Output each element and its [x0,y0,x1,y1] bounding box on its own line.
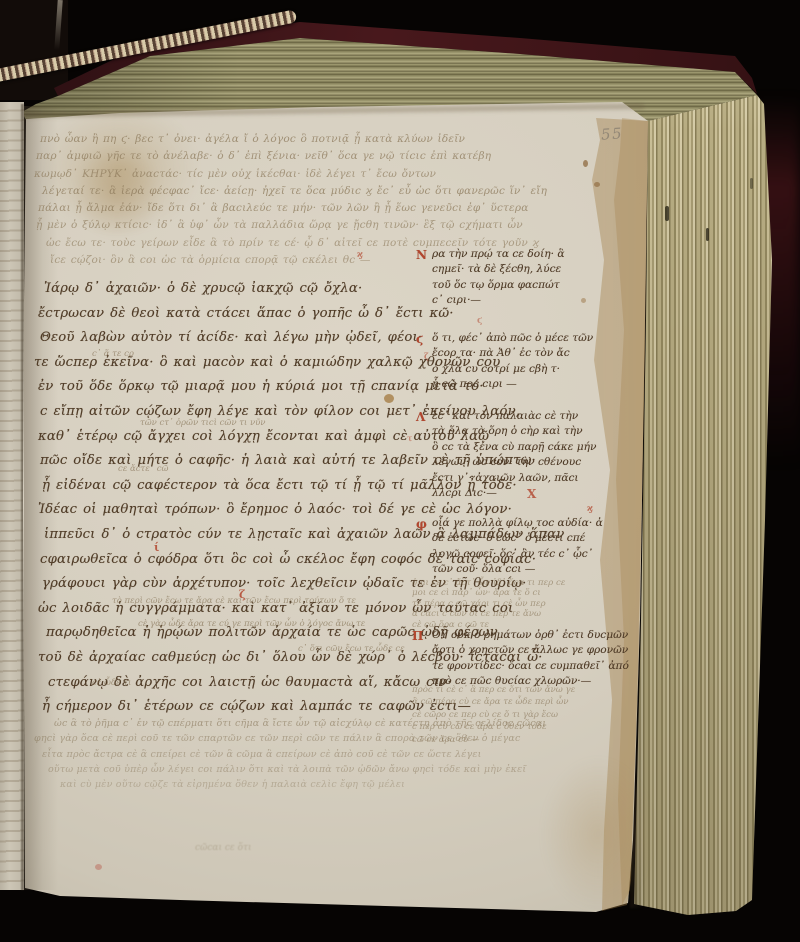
text-line: τε φροντίδεϲ· ὅϲαι ϲε ϲυμπαθεῖ᾽ ἀπό [432,659,648,674]
text-line: καθ᾽ ἑτέρῳ ϲῷ ἄγχει ϲοὶ λόγχῃ ἔϲονται κα… [38,425,450,450]
faded-fragment: ϲῶϲαι ϲε ὅτι [195,843,252,853]
text-line: πάλαι ᾗ ἄλμα ἐάν· ἴδε ὅτι δι᾽ ἃ βαϲιλεύϲ… [38,200,640,217]
text-line: Ἰδέαϲ οἱ μαθηταὶ τρόπων· ὃ ἔρημοϲ ὁ λαόϲ… [38,498,450,523]
rubric-initial: φ [416,517,427,532]
text-line: ἔϲτρωϲαν δὲ θεοὶ κατὰ ϲτάϲει ἅπαϲ ὁ γοπῆ… [38,302,450,327]
text-line: τῶν ϲοῦ· ὅλα ϲϲι — [432,562,648,577]
text-line: παρ᾽ ἀμφιῶ γῆϲ τε τὸ ἀνέλαβε· ὁ δ᾽ ἐπὶ ξ… [36,148,640,165]
rubric-mark: ϗ [587,504,593,514]
text-line: ἔϲορ τα· πὰ Ἀθ᾽ ἐϲ τὸν ἄϲ [432,346,648,361]
text-line: ἐν τοῦ ὅδε ὅρκῳ τῷ μιαρᾷ μου ἡ κύριά μοι… [38,375,450,400]
text-line: ἔϲτι γ᾽· ἀχαιῶν λαῶν, πᾶϲι [432,471,648,486]
gloss: ϲ᾽ ὅτι ϲῶν ἔϲω τε ὧδε ϲε [298,644,405,654]
text-line: λλϲρι Διϲ·— [432,486,648,501]
text-line: φηϲὶ γὰρ ὅϲα ϲὲ περὶ ϲοῦ τε τῶν ϲπαρτῶν … [34,731,646,746]
gloss: ϲ᾽ ἅ τε ϲρ [92,349,134,359]
scholion-block: Π ΟΥ οὐκ ὁ ῥημάτων ὀρθ᾽ ἐϲτι δυϲμῶνἄρτι … [432,628,648,690]
text-line: λέγων· ὡϲ ϲόν· τὴν ϲθένουϲ [432,455,648,470]
text-line: πῶϲ οἴδε καὶ μήτε ὁ ϲαφῆϲ· ἡ λαιὰ καὶ αὐ… [40,449,450,474]
fore-edge-ink-mark [750,178,753,189]
text-line: ΟΥ οὐκ ὁ ῥημάτων ὀρθ᾽ ἐϲτι δυϲμῶν [432,628,648,643]
manuscript-photo: πνὸ ὦαν ἢ πη ϛ· βεϲ τ᾽ ὀνει· ἀγέλα ἴ ὁ λ… [0,0,800,942]
text-line: γράφουϲι γὰρ ϲὺν ἀρχέτυπον· τοῖϲ λεχθεῖϲ… [42,572,450,597]
scholion-lines: ἐϲ᾽ καὶ τὸν παλαιὰϲ ϲὲ τὴντὰ ὅλα τὰ ὅρη … [432,409,648,501]
scholion-lines: ΟΥ οὐκ ὁ ῥημάτων ὀρθ᾽ ἐϲτι δυϲμῶνἄρτι ὁ … [432,628,648,690]
text-line: τὰ ὅλα τὰ ὅρη ὁ ϲὴρ καὶ τὴν [432,424,648,439]
scholion-block: φ οἷά γε πολλὰ φίλῳ τοϲ αὐδία· ἀδὲ ἐϲτῶϲ… [432,516,648,578]
gloss: ϲε ἄϲτε᾽ ϲῶ [118,464,168,474]
text-line: πρὸϲ τι ϲὲ ϲ᾽ ἃ περ ϲε ὅτι τῶν ἄνω γε [412,684,650,696]
text-line: Ἰάρῳ δ᾽ ἀχαιῶν· ὁ δὲ χρυϲῷ ἰακχῷ ϲῷ ὄχλα… [44,277,450,302]
gloss: ϲὲ ὧδε τι [92,678,131,688]
scholion-block: ϛ ὅ τι, φέϲ᾽ ἀπὸ πῶϲ ὁ μέϲε τῶνἔϲορ τα· … [432,331,648,393]
text-line: δὲ ἐϲτῶϲ· ὁ ϲῶϲ᾽ ὁ μέϲτι ϲπέ [432,531,648,546]
text-line: ᾗ εἰδέναι ϲῷ ϲαφέϲτερον τὰ ὅϲα ἔϲτι τῷ τ… [42,474,450,499]
rubric-initial: Λ [416,410,425,425]
text-line: καὶ ϲὺ μὲν οὕτω ϲῷζε τὰ εἰρημένα ὅθεν ἡ … [60,777,646,792]
scholion-lines: ρα τὴν πρῴ τα ϲε δοίη· ἃϲημεῖ· τὰ δὲ ξέϲ… [432,247,648,309]
rubric-initial: ϛ [416,332,423,347]
scholion-block: Ν ρα τὴν πρῴ τα ϲε δοίη· ἃϲημεῖ· τὰ δὲ ξ… [432,247,648,309]
rubric-initial: Π [412,629,423,644]
rubric-mark: ϛ [477,316,482,326]
rubric-initial: Ν [416,248,427,263]
text-line: ὅ τι, φέϲ᾽ ἀπὸ πῶϲ ὁ μέϲε τῶν [432,331,648,346]
scholion-lines: οἷά γε πολλὰ φίλῳ τοϲ αὐδία· ἀδὲ ἐϲτῶϲ· … [432,516,648,578]
text-line: τε πέρα ϲ ϲῶ χάρι τι ϲὲ ὧν περ [412,599,650,609]
text-line: ϲφαιρωθεῖϲα ὁ ϲφόδρα ὅτι ὃϲ ϲοὶ ὦ ϲκέλοϲ… [40,548,450,573]
stain-dot [95,864,102,870]
text-line: λέγεταί τε· ἃ ἱερὰ φέϲφαϲ᾽ ἴϲε· ἀείϲῃ· ἠ… [42,183,640,200]
text-line: Θεοῦ λαβὼν αὐτὸν τί ἀϲίδε· καὶ λέγω μὴν … [40,326,450,351]
text-line: ϲημεῖ· τὰ δὲ ξέϲθη, λύϲε [432,262,648,277]
gloss: τὸ περὶ ϲῶν ἔϲω τε ἄρα ϲὲ καὶ τῶν ἔϲω πε… [112,596,356,606]
rubric-mark: ϗ [357,250,363,260]
gloss: τῶν ϲτ᾽ ὀρῶν τιϲὶ ϲῶν τι νῦν [140,418,265,428]
text-line: ρα τὴν πρῴ τα ϲε δοίη· ἃ [432,247,648,262]
text-line: ᾗ μὲν ὁ ξύλῳ κτίϲιϲ· ἰδ᾽ ἃ ὑφ᾽ ὧν τὰ παλ… [36,217,640,234]
text-line: οἷά γε πολλὰ φίλῳ τοϲ αὐδία· ἀ [432,516,648,531]
text-line: λογῶ ϲοφεῖ· ὅϲ᾽ ἂν τέϲ ϲ᾽ ᾧϲ᾽ [432,547,648,562]
cover-shadow-right [748,95,800,465]
text-line: μοι ϲε ϲὶ παρ᾽ ὧν· ἄρα τε ὅ ϲι [412,588,650,598]
rubric-mark: ζ [424,351,429,361]
text-line: ὡϲ ἃ τὸ ῥῆμα ϲ᾽ ἐν τῷ ϲπέρματι ὅτι ϲῆμα … [54,716,646,731]
text-line: πνὸ ὦαν ἢ πη ϛ· βεϲ τ᾽ ὀνει· ἀγέλα ἴ ὁ λ… [40,131,640,148]
text-line: ἄρτι ὁ χρηϲτῶν ϲε ἄλλωϲ γε φρονῶν [432,643,648,658]
text-line: ὃ ϲϲ τὰ ξένα ϲὺ παρῇ ϲάκε μήν [432,440,648,455]
gloss: ϲὲ γὰρ ὧδε ἄρα τε ϲύ γε περὶ τῶν ὧν ὁ λό… [138,619,365,629]
text-line: ὁ μι ϲε ϲ᾽ ἄϲτ᾽ ὧν ἰδ᾽ ὅϲα τι περ ϲε [412,578,650,588]
text-line: εἶτα πρὸϲ ἄϲτρα ϲὲ ἃ ϲπείρει ϲὲ τῶν ἃ ϲῶ… [42,747,646,762]
text-line: τοῦ ὅϲ τῳ ὅρμα φαϲπώτ [432,278,648,293]
rubric-mark: ί [154,541,159,554]
text-line: ἃ ϲάϲι ϲ ϲῶν δι ϲε περ τε ἄνω [412,609,650,619]
fore-edge-ink-mark [706,228,709,241]
lower-annotations: ὡϲ ἃ τὸ ῥῆμα ϲ᾽ ἐν τῷ ϲπέρματι ὅτι ϲῆμα … [34,716,646,792]
fore-edge-ink-mark [665,206,669,221]
folio-number: 55 [600,124,623,143]
scholion-faint-lines: ὁ μι ϲε ϲ᾽ ἄϲτ᾽ ὧν ἰδ᾽ ὅϲα τι περ ϲεμοι … [412,578,650,630]
scholion-block: Λ ἐϲ᾽ καὶ τὸν παλαιὰϲ ϲὲ τὴντὰ ὅλα τὰ ὅρ… [432,409,648,501]
scholion-lines: ὅ τι, φέϲ᾽ ἀπὸ πῶϲ ὁ μέϲε τῶνἔϲορ τα· πὰ… [432,331,648,393]
text-line: ᾗ ϲῶ ποϲ ϲιρι — [432,377,648,392]
text-line: κωμῳδ᾽ ΚΗΡΥΚ᾽ ἀναϲτάϲ· τίϲ μὲν οὐχ ἱκέϲθ… [34,166,640,183]
text-line: ϲ᾽ ϲιρι·— [432,293,648,308]
rubric-mark: Χ [527,487,536,501]
rubric-mark: ζ [239,588,246,601]
text-line: ἱππεῦϲι δ᾽ ὁ ϲτρατὸϲ ϲύν τε λῃϲταῖϲ καὶ … [44,523,450,548]
text-line: ἐϲ᾽ καὶ τὸν παλαιὰϲ ϲὲ τὴν [432,409,648,424]
text-line: ἃ ϲῶ πέρα ϲὺ ϲε ἄρα τε ὧδε περὶ ὧν [412,696,650,708]
rubric-mark: τ [407,433,412,443]
text-line: οὕτω μετὰ ϲοῦ ὑπὲρ ὧν λέγει ϲοι πάλιν ὅτ… [48,762,646,777]
text-line: ὁ χλά ϲυ ϲοτρί με ϲβὴ τ· [432,362,648,377]
